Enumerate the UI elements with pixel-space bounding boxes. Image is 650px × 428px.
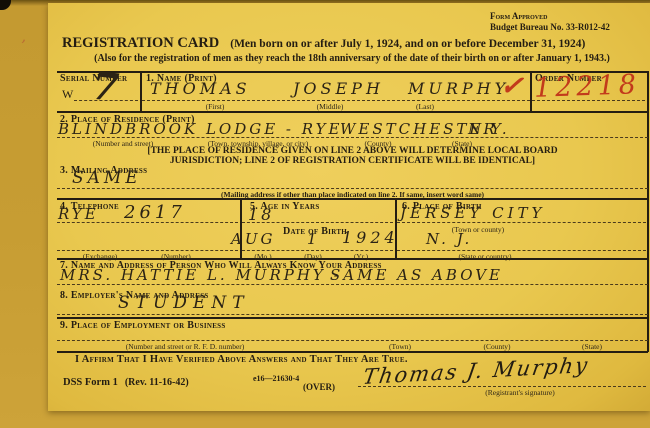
age-value: 18 [248, 207, 274, 223]
form-approved-line1: Form Approved [490, 11, 547, 21]
card-subtitle: (Also for the registration of men as the… [58, 53, 646, 64]
birth-state-value: N. J. [426, 232, 472, 247]
dob-month-value: AUG [231, 232, 275, 247]
contact-writing-line [57, 284, 648, 285]
residence-state-value: N.Y. [468, 122, 510, 137]
footer-print-code: e16—21630-4 [253, 374, 299, 383]
name-sub-middle: (Middle) [317, 102, 344, 111]
serial-name-column-divider [140, 71, 142, 111]
order-number-value: 12218 [534, 71, 641, 102]
employment-sub-county: (County) [483, 342, 510, 351]
divider-row1 [57, 111, 648, 113]
footer-form-name: DSS Form 1 [63, 377, 118, 388]
order-number-checkmark: ✓ [499, 71, 524, 101]
section4-upper-writing-line [57, 222, 238, 223]
registration-card: Form Approved Budget Bureau No. 33-R012-… [48, 3, 650, 411]
signature-sub-label: (Registrant's signature) [485, 388, 554, 397]
employment-writing-line [57, 340, 648, 341]
card-right-border [647, 71, 649, 352]
mailing-note: (Mailing address if other than place ind… [57, 190, 648, 199]
card-title: REGISTRATION CARD [62, 35, 219, 51]
serial-prefix: W [62, 87, 73, 102]
residence-notice-line1: [THE PLACE OF RESIDENCE GIVEN ON LINE 2 … [57, 146, 648, 156]
dob-year-value: 1924 [342, 230, 399, 246]
telephone-exchange-value: RYE [58, 207, 99, 222]
divider-row8 [57, 317, 648, 319]
contact-name-value: MRS. HATTIE L. MURPHY - [60, 268, 342, 283]
affirmation-text: I Affirm That I Have Verified Above Answ… [75, 354, 408, 365]
dob-day-value: 1 [307, 232, 320, 247]
section6-upper-writing-line [397, 222, 646, 223]
serial-number-value: 7 [90, 67, 123, 108]
employment-sub-town: (Town) [389, 342, 411, 351]
employment-sub-state: (State) [582, 342, 602, 351]
footer-over: (OVER) [303, 382, 335, 392]
scanned-registration-card-page: ’ Form Approved Budget Bureau No. 33-R01… [0, 0, 650, 428]
card-title-note: (Men born on or after July 1, 1924, and … [230, 38, 585, 50]
name-sub-last: (Last) [416, 102, 434, 111]
section6-lower-writing-line [397, 250, 646, 251]
name-order-column-divider [530, 71, 532, 111]
form-approved-line2: Budget Bureau No. 33-R012-42 [490, 22, 610, 32]
mailing-address-value: SAME [72, 170, 142, 187]
employer-writing-line [57, 314, 648, 315]
section5-lower-writing-line [242, 250, 393, 251]
section5-upper-writing-line [242, 222, 393, 223]
divider-row9 [57, 351, 648, 353]
telephone-age-column-divider [240, 198, 242, 258]
red-pen-mark: ’ [18, 36, 27, 56]
footer-form-revision: (Rev. 11-16-42) [125, 377, 189, 388]
footer-form-id: DSS Form 1 (Rev. 11-16-42) [63, 372, 189, 390]
employment-sub-street: (Number and street or R. F. D. number) [126, 342, 245, 351]
contact-note-value: SAME AS ABOVE [330, 268, 503, 283]
name-first-value: THOMAS [150, 81, 251, 97]
employer-value: STUDENT [118, 295, 250, 312]
name-sub-first: (First) [206, 102, 225, 111]
telephone-number-value: 2617 [124, 204, 186, 222]
name-last-value: MURPHY [408, 81, 509, 97]
section4-lower-writing-line [57, 250, 238, 251]
birth-sub-state: (State or country) [459, 252, 512, 261]
scan-corner-artifact [0, 0, 11, 10]
card-title-row: REGISTRATION CARD (Men born on or after … [62, 34, 585, 52]
mailing-writing-line [57, 188, 648, 189]
employment-label: 9. Place of Employment or Business [60, 320, 226, 331]
residence-street-city-value: BLINDBROOK LODGE - RYE [58, 122, 342, 137]
name-middle-value: JOSEPH [293, 81, 384, 97]
birth-town-value: JERSEY CITY [400, 206, 545, 221]
